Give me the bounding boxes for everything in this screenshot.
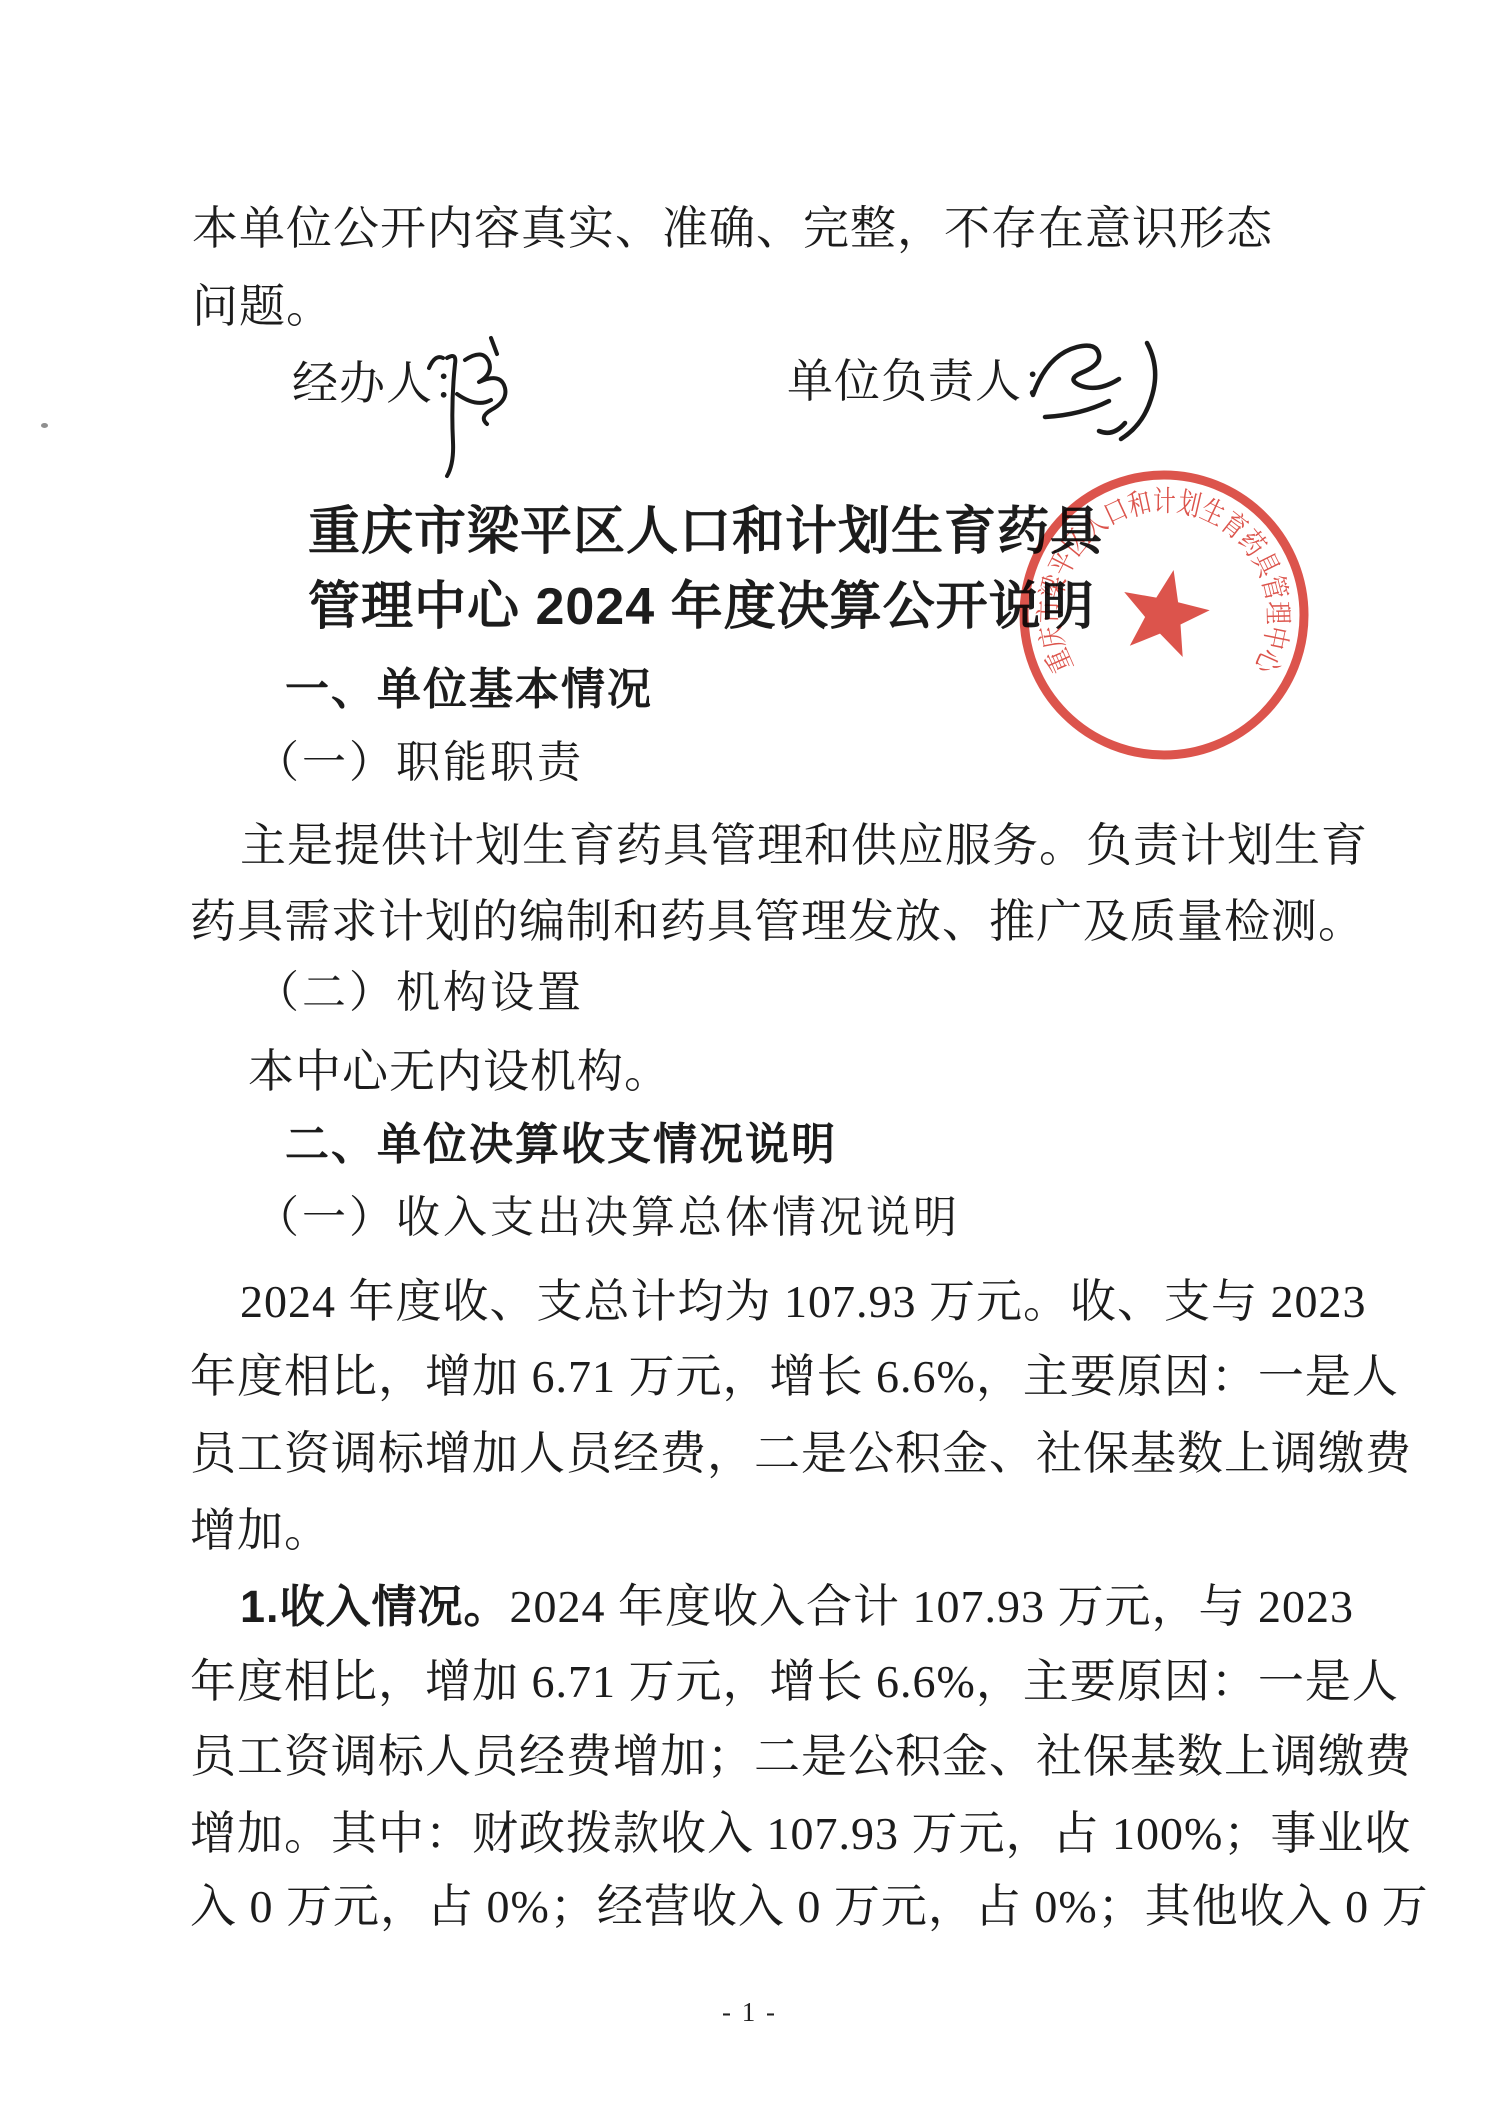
agent-signature <box>395 330 535 480</box>
paragraph-line: 主是提供计划生育药具管理和供应服务。负责计划生育 <box>240 820 1368 872</box>
paragraph-line-text: 2024 年度收入合计 107.93 万元，与 2023 <box>510 1581 1355 1632</box>
section-heading-1: 一、单位基本情况 <box>285 665 653 714</box>
scan-speck <box>41 423 48 428</box>
agent-signature-strokes <box>429 338 505 476</box>
paragraph-line: 增加。 <box>190 1505 331 1557</box>
paragraph-line: 员工资调标增加人员经费，二是公积金、社保基数上调缴费 <box>190 1428 1412 1480</box>
scanned-document-page: 本单位公开内容真实、准确、完整，不存在意识形态 问题。 经办人： 单位负责人： … <box>0 0 1487 2105</box>
paragraph-line: 药具需求计划的编制和药具管理发放、推广及质量检测。 <box>190 896 1365 948</box>
subsection-heading-2-1: （一）收入支出决算总体情况说明 <box>255 1193 960 1242</box>
subsection-heading-1-1: （一）职能职责 <box>255 738 584 787</box>
paragraph-line: 增加。其中：财政拨款收入 107.93 万元，占 100%；事业收 <box>190 1808 1411 1860</box>
paragraph-line: 1.收入情况。2024 年度收入合计 107.93 万元，与 2023 <box>240 1581 1354 1633</box>
document-title-line-1: 重庆市梁平区人口和计划生育药具 <box>308 503 1103 561</box>
section-heading-2: 二、单位决算收支情况说明 <box>285 1120 837 1169</box>
seal-star-icon <box>1124 570 1210 657</box>
subsection-heading-1-2: （二）机构设置 <box>255 968 584 1017</box>
document-title-line-2: 管理中心 2024 年度决算公开说明 <box>308 578 1095 636</box>
paragraph-line: 本中心无内设机构。 <box>248 1046 671 1098</box>
head-signature <box>1005 325 1195 455</box>
paragraph-line: 入 0 万元，占 0%；经营收入 0 万元，占 0%；其他收入 0 万 <box>190 1881 1429 1933</box>
paragraph-line: 年度相比，增加 6.71 万元，增长 6.6%，主要原因：一是人 <box>190 1656 1399 1708</box>
paragraph-line: 员工资调标人员经费增加；二是公积金、社保基数上调缴费 <box>190 1731 1412 1783</box>
intro-line-1: 本单位公开内容真实、准确、完整，不存在意识形态 <box>192 203 1273 255</box>
paragraph-line: 年度相比，增加 6.71 万元，增长 6.6%，主要原因：一是人 <box>190 1351 1399 1403</box>
official-seal: 重庆市梁平区人口和计划生育药具管理中心 <box>1014 465 1314 765</box>
head-signature-strokes <box>1033 343 1155 439</box>
income-subheading: 1.收入情况。 <box>240 1581 510 1632</box>
paragraph-line: 2024 年度收、支总计均为 107.93 万元。收、支与 2023 <box>240 1276 1367 1328</box>
page-number: - 1 - <box>722 1997 777 2027</box>
intro-line-2: 问题。 <box>192 281 333 333</box>
